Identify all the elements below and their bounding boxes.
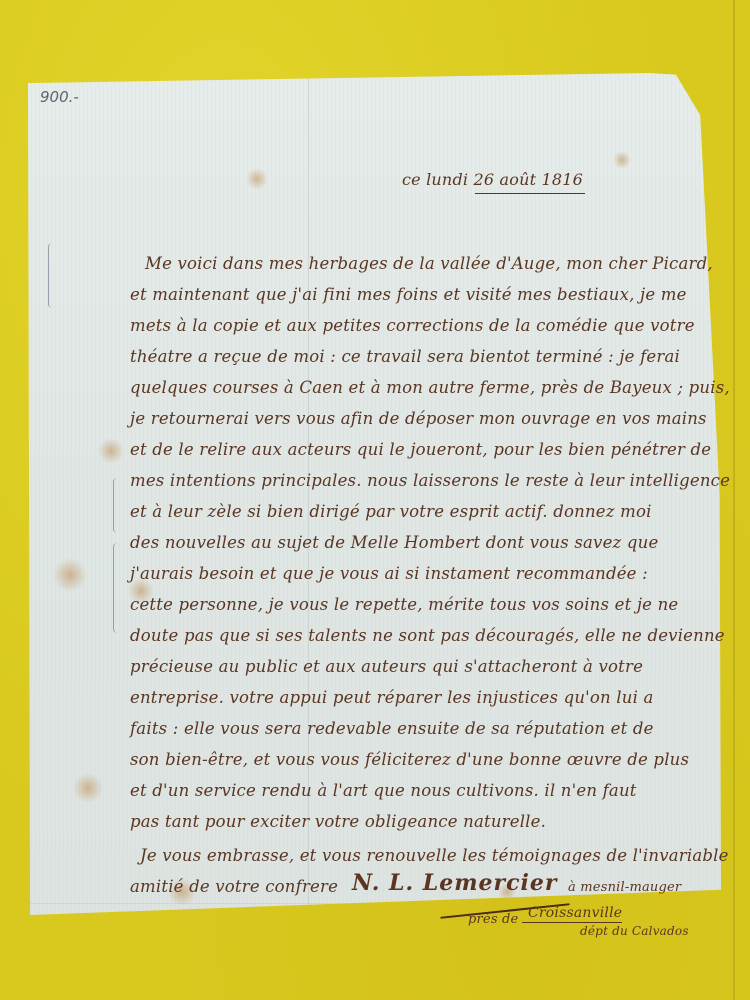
letter-line: et à leur zèle si bien dirigé par votre … [130,504,652,521]
address-prefix: près de [468,912,518,927]
letter-line: mets à la copie et aux petites correctio… [130,318,695,335]
letter-line: et maintenant que j'ai fini mes foins et… [130,287,687,304]
letter-line: je retournerai vers vous afin de déposer… [130,411,707,428]
foxing-stain [246,168,268,190]
place-underline [522,922,622,923]
board-edge [733,0,735,1000]
signature: N. L. Lemercier [352,870,557,896]
letter-line: théatre a reçue de moi : ce travail sera… [130,349,680,366]
letter-line: faits : elle vous sera redevable ensuite… [130,721,654,738]
pencil-bracket [113,478,120,533]
letter-line: entreprise. votre appui peut réparer les… [130,690,654,707]
letter-line: doute pas que si ses talents ne sont pas… [130,628,725,645]
letter-line: cette personne, je vous le repette, méri… [130,597,678,614]
letter-line: et d'un service rendu à l'art que nous c… [130,783,637,800]
letter-line: précieuse au public et aux auteurs qui s… [130,659,643,676]
date-underline [475,193,585,194]
letter-line: son bien-être, et vous vous féliciterez … [130,752,689,769]
letter-line: pas tant pour exciter votre obligeance n… [130,814,546,831]
letter-line: j'aurais besoin et que je vous ai si ins… [130,566,648,583]
pencil-bracket [113,543,120,633]
letter-line: et de le relire aux acteurs qui le jouer… [130,442,711,459]
letter-line: quelques courses à Caen et à mon autre f… [130,380,730,397]
address-place: Croissanville [528,905,622,921]
letter-line: Me voici dans mes herbages de la vallée … [145,256,713,273]
letter-line: des nouvelles au sujet de Melle Hombert … [130,535,658,552]
pencil-price-note: 900.- [40,88,79,106]
letter-date: ce lundi 26 août 1816 [402,170,583,189]
foxing-stain [98,438,124,464]
foxing-stain [73,773,103,803]
address-line-1: à mesnil-mauger [568,880,681,895]
letter-line: mes intentions principales. nous laisser… [130,473,730,490]
foxing-stain [53,558,87,592]
letter-line: amitié de votre confrere [130,879,338,896]
pencil-bracket [48,243,55,308]
address-line-3: dépt du Calvados [580,924,689,938]
letter-line: Je vous embrasse, et vous renouvelle les… [140,848,729,865]
foxing-stain [613,151,631,169]
